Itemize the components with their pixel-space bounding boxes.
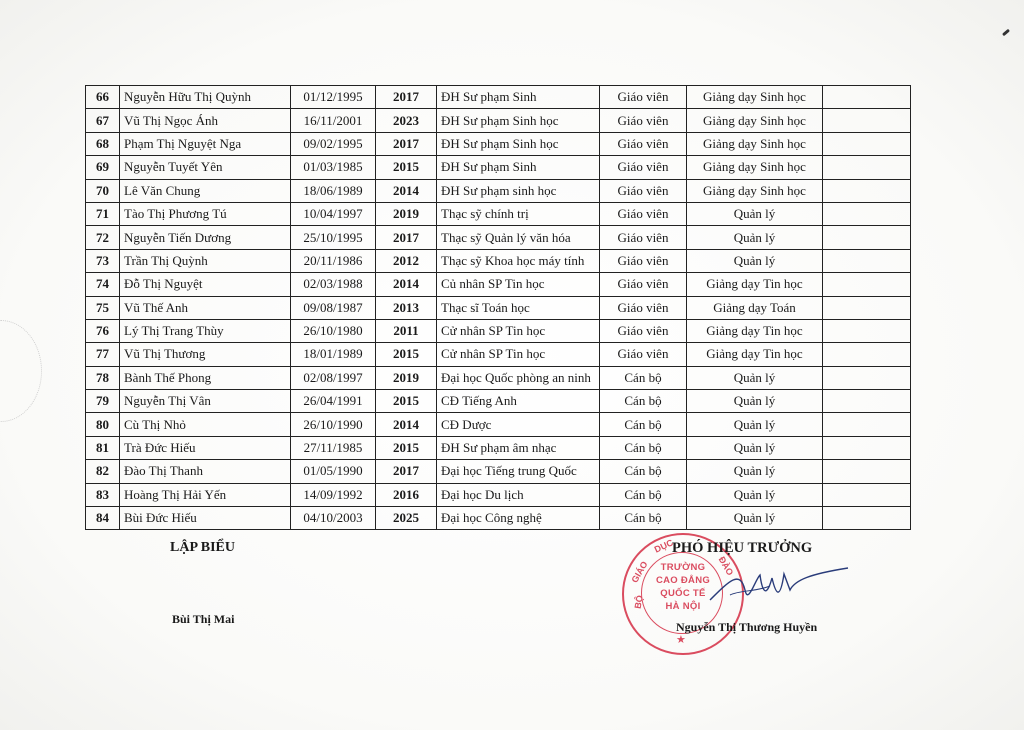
row-number-cell: 68 — [86, 132, 120, 155]
start-year-cell: 2015 — [376, 436, 437, 459]
note-cell — [823, 296, 911, 319]
table-row: 68Phạm Thị Nguyệt Nga09/02/19952017ĐH Sư… — [86, 132, 911, 155]
note-cell — [823, 86, 911, 109]
date-of-birth-cell: 20/11/1986 — [291, 249, 376, 272]
staff-table: 66Nguyễn Hữu Thị Quỳnh01/12/19952017ĐH S… — [85, 85, 911, 530]
full-name-cell: Trần Thị Quỳnh — [120, 249, 291, 272]
qualification-cell: Thạc sĩ Toán học — [437, 296, 600, 319]
qualification-cell: ĐH Sư phạm âm nhạc — [437, 436, 600, 459]
date-of-birth-cell: 18/06/1989 — [291, 179, 376, 202]
qualification-cell: Đại học Công nghệ — [437, 507, 600, 530]
note-cell — [823, 413, 911, 436]
start-year-cell: 2016 — [376, 483, 437, 506]
table-row: 83Hoàng Thị Hải Yến14/09/19922016Đại học… — [86, 483, 911, 506]
duty-cell: Giảng dạy Tin học — [687, 343, 823, 366]
duty-cell: Quản lý — [687, 507, 823, 530]
row-number-cell: 79 — [86, 390, 120, 413]
qualification-cell: Cử nhân SP Tin học — [437, 343, 600, 366]
duty-cell: Quản lý — [687, 413, 823, 436]
full-name-cell: Nguyễn Hữu Thị Quỳnh — [120, 86, 291, 109]
qualification-cell: ĐH Sư phạm Sinh học — [437, 132, 600, 155]
qualification-cell: Đại học Quốc phòng an ninh — [437, 366, 600, 389]
qualification-cell: ĐH Sư phạm Sinh — [437, 156, 600, 179]
table-row: 76Lý Thị Trang Thùy26/10/19802011Cử nhân… — [86, 319, 911, 342]
full-name-cell: Bùi Đức Hiếu — [120, 507, 291, 530]
full-name-cell: Nguyễn Thị Vân — [120, 390, 291, 413]
preparer-name: Bùi Thị Mai — [172, 612, 234, 627]
table-row: 67Vũ Thị Ngọc Ánh16/11/20012023ĐH Sư phạ… — [86, 109, 911, 132]
position-cell: Cán bộ — [600, 483, 687, 506]
full-name-cell: Hoàng Thị Hải Yến — [120, 483, 291, 506]
qualification-cell: Đại học Tiếng trung Quốc — [437, 460, 600, 483]
row-number-cell: 72 — [86, 226, 120, 249]
qualification-cell: ĐH Sư phạm Sinh học — [437, 109, 600, 132]
position-cell: Giáo viên — [600, 319, 687, 342]
date-of-birth-cell: 25/10/1995 — [291, 226, 376, 249]
note-cell — [823, 390, 911, 413]
duty-cell: Quản lý — [687, 483, 823, 506]
staff-table-body: 66Nguyễn Hữu Thị Quỳnh01/12/19952017ĐH S… — [86, 86, 911, 530]
position-cell: Cán bộ — [600, 507, 687, 530]
duty-cell: Giảng dạy Toán — [687, 296, 823, 319]
table-row: 82Đào Thị Thanh01/05/19902017Đại học Tiế… — [86, 460, 911, 483]
date-of-birth-cell: 01/12/1995 — [291, 86, 376, 109]
position-cell: Giáo viên — [600, 179, 687, 202]
date-of-birth-cell: 10/04/1997 — [291, 202, 376, 225]
table-row: 66Nguyễn Hữu Thị Quỳnh01/12/19952017ĐH S… — [86, 86, 911, 109]
duty-cell: Giảng dạy Sinh học — [687, 179, 823, 202]
note-cell — [823, 132, 911, 155]
full-name-cell: Lê Văn Chung — [120, 179, 291, 202]
start-year-cell: 2019 — [376, 202, 437, 225]
position-cell: Giáo viên — [600, 273, 687, 296]
table-row: 70Lê Văn Chung18/06/19892014ĐH Sư phạm s… — [86, 179, 911, 202]
note-cell — [823, 179, 911, 202]
position-cell: Giáo viên — [600, 202, 687, 225]
duty-cell: Quản lý — [687, 390, 823, 413]
full-name-cell: Lý Thị Trang Thùy — [120, 319, 291, 342]
table-row: 75Vũ Thế Anh09/08/19872013Thạc sĩ Toán h… — [86, 296, 911, 319]
position-cell: Cán bộ — [600, 366, 687, 389]
start-year-cell: 2017 — [376, 132, 437, 155]
row-number-cell: 76 — [86, 319, 120, 342]
table-row: 79Nguyễn Thị Vân26/04/19912015CĐ Tiếng A… — [86, 390, 911, 413]
position-cell: Giáo viên — [600, 109, 687, 132]
position-cell: Giáo viên — [600, 86, 687, 109]
date-of-birth-cell: 09/02/1995 — [291, 132, 376, 155]
note-cell — [823, 319, 911, 342]
duty-cell: Quản lý — [687, 436, 823, 459]
table-row: 78Bành Thế Phong02/08/19972019Đại học Qu… — [86, 366, 911, 389]
row-number-cell: 66 — [86, 86, 120, 109]
position-cell: Giáo viên — [600, 226, 687, 249]
qualification-cell: Thạc sỹ chính trị — [437, 202, 600, 225]
handwritten-signature — [700, 560, 850, 620]
note-cell — [823, 436, 911, 459]
start-year-cell: 2017 — [376, 226, 437, 249]
duty-cell: Quản lý — [687, 460, 823, 483]
row-number-cell: 82 — [86, 460, 120, 483]
position-cell: Cán bộ — [600, 390, 687, 413]
row-number-cell: 77 — [86, 343, 120, 366]
table-row: 69Nguyễn Tuyết Yên01/03/19852015ĐH Sư ph… — [86, 156, 911, 179]
row-number-cell: 84 — [86, 507, 120, 530]
start-year-cell: 2023 — [376, 109, 437, 132]
vice-principal-title: PHÓ HIỆU TRƯỞNG — [672, 540, 812, 557]
start-year-cell: 2015 — [376, 343, 437, 366]
row-number-cell: 74 — [86, 273, 120, 296]
duty-cell: Giảng dạy Tin học — [687, 319, 823, 342]
full-name-cell: Nguyễn Tuyết Yên — [120, 156, 291, 179]
position-cell: Cán bộ — [600, 413, 687, 436]
note-cell — [823, 507, 911, 530]
duty-cell: Giảng dạy Sinh học — [687, 109, 823, 132]
table-row: 84Bùi Đức Hiếu04/10/20032025Đại học Công… — [86, 507, 911, 530]
qualification-cell: CĐ Tiếng Anh — [437, 390, 600, 413]
note-cell — [823, 366, 911, 389]
note-cell — [823, 460, 911, 483]
note-cell — [823, 109, 911, 132]
qualification-cell: Thạc sỹ Khoa học máy tính — [437, 249, 600, 272]
qualification-cell: CĐ Dược — [437, 413, 600, 436]
row-number-cell: 73 — [86, 249, 120, 272]
full-name-cell: Vũ Thế Anh — [120, 296, 291, 319]
start-year-cell: 2014 — [376, 273, 437, 296]
table-row: 72Nguyễn Tiến Dương25/10/19952017Thạc sỹ… — [86, 226, 911, 249]
date-of-birth-cell: 09/08/1987 — [291, 296, 376, 319]
position-cell: Giáo viên — [600, 296, 687, 319]
full-name-cell: Trà Đức Hiếu — [120, 436, 291, 459]
table-row: 80Cù Thị Nhỏ26/10/19902014CĐ DượcCán bộQ… — [86, 413, 911, 436]
full-name-cell: Nguyễn Tiến Dương — [120, 226, 291, 249]
date-of-birth-cell: 16/11/2001 — [291, 109, 376, 132]
start-year-cell: 2015 — [376, 390, 437, 413]
row-number-cell: 71 — [86, 202, 120, 225]
qualification-cell: ĐH Sư phạm sinh học — [437, 179, 600, 202]
qualification-cell: Cử nhân SP Tin học — [437, 319, 600, 342]
date-of-birth-cell: 14/09/1992 — [291, 483, 376, 506]
position-cell: Giáo viên — [600, 249, 687, 272]
row-number-cell: 81 — [86, 436, 120, 459]
duty-cell: Giảng dạy Sinh học — [687, 86, 823, 109]
start-year-cell: 2017 — [376, 460, 437, 483]
row-number-cell: 70 — [86, 179, 120, 202]
full-name-cell: Vũ Thị Thương — [120, 343, 291, 366]
date-of-birth-cell: 02/03/1988 — [291, 273, 376, 296]
table-row: 74Đỗ Thị Nguyệt02/03/19882014Củ nhân SP … — [86, 273, 911, 296]
start-year-cell: 2012 — [376, 249, 437, 272]
start-year-cell: 2014 — [376, 413, 437, 436]
duty-cell: Quản lý — [687, 202, 823, 225]
qualification-cell: Củ nhân SP Tin học — [437, 273, 600, 296]
table-row: 77Vũ Thị Thương18/01/19892015Cử nhân SP … — [86, 343, 911, 366]
date-of-birth-cell: 01/05/1990 — [291, 460, 376, 483]
date-of-birth-cell: 01/03/1985 — [291, 156, 376, 179]
start-year-cell: 2025 — [376, 507, 437, 530]
position-cell: Cán bộ — [600, 460, 687, 483]
row-number-cell: 78 — [86, 366, 120, 389]
table-row: 71Tào Thị Phương Tú10/04/19972019Thạc sỹ… — [86, 202, 911, 225]
full-name-cell: Đào Thị Thanh — [120, 460, 291, 483]
note-cell — [823, 226, 911, 249]
vice-principal-name: Nguyễn Thị Thương Huyền — [676, 620, 817, 635]
duty-cell: Giảng dạy Sinh học — [687, 156, 823, 179]
date-of-birth-cell: 27/11/1985 — [291, 436, 376, 459]
note-cell — [823, 483, 911, 506]
row-number-cell: 69 — [86, 156, 120, 179]
duty-cell: Giảng dạy Sinh học — [687, 132, 823, 155]
start-year-cell: 2015 — [376, 156, 437, 179]
row-number-cell: 75 — [86, 296, 120, 319]
start-year-cell: 2011 — [376, 319, 437, 342]
full-name-cell: Bành Thế Phong — [120, 366, 291, 389]
row-number-cell: 67 — [86, 109, 120, 132]
date-of-birth-cell: 04/10/2003 — [291, 507, 376, 530]
qualification-cell: Đại học Du lịch — [437, 483, 600, 506]
full-name-cell: Phạm Thị Nguyệt Nga — [120, 132, 291, 155]
row-number-cell: 83 — [86, 483, 120, 506]
start-year-cell: 2019 — [376, 366, 437, 389]
full-name-cell: Tào Thị Phương Tú — [120, 202, 291, 225]
date-of-birth-cell: 26/10/1990 — [291, 413, 376, 436]
note-cell — [823, 343, 911, 366]
duty-cell: Quản lý — [687, 249, 823, 272]
duty-cell: Quản lý — [687, 226, 823, 249]
date-of-birth-cell: 18/01/1989 — [291, 343, 376, 366]
full-name-cell: Vũ Thị Ngọc Ánh — [120, 109, 291, 132]
duty-cell: Quản lý — [687, 366, 823, 389]
start-year-cell: 2014 — [376, 179, 437, 202]
table-row: 81Trà Đức Hiếu27/11/19852015ĐH Sư phạm â… — [86, 436, 911, 459]
table-row: 73Trần Thị Quỳnh20/11/19862012Thạc sỹ Kh… — [86, 249, 911, 272]
date-of-birth-cell: 02/08/1997 — [291, 366, 376, 389]
full-name-cell: Cù Thị Nhỏ — [120, 413, 291, 436]
position-cell: Giáo viên — [600, 132, 687, 155]
date-of-birth-cell: 26/04/1991 — [291, 390, 376, 413]
position-cell: Giáo viên — [600, 156, 687, 179]
qualification-cell: ĐH Sư phạm Sinh — [437, 86, 600, 109]
note-cell — [823, 156, 911, 179]
position-cell: Cán bộ — [600, 436, 687, 459]
row-number-cell: 80 — [86, 413, 120, 436]
position-cell: Giáo viên — [600, 343, 687, 366]
start-year-cell: 2017 — [376, 86, 437, 109]
duty-cell: Giảng dạy Tin học — [687, 273, 823, 296]
qualification-cell: Thạc sỹ Quản lý văn hóa — [437, 226, 600, 249]
start-year-cell: 2013 — [376, 296, 437, 319]
note-cell — [823, 273, 911, 296]
date-of-birth-cell: 26/10/1980 — [291, 319, 376, 342]
preparer-title: LẬP BIỂU — [170, 540, 235, 556]
note-cell — [823, 249, 911, 272]
full-name-cell: Đỗ Thị Nguyệt — [120, 273, 291, 296]
note-cell — [823, 202, 911, 225]
